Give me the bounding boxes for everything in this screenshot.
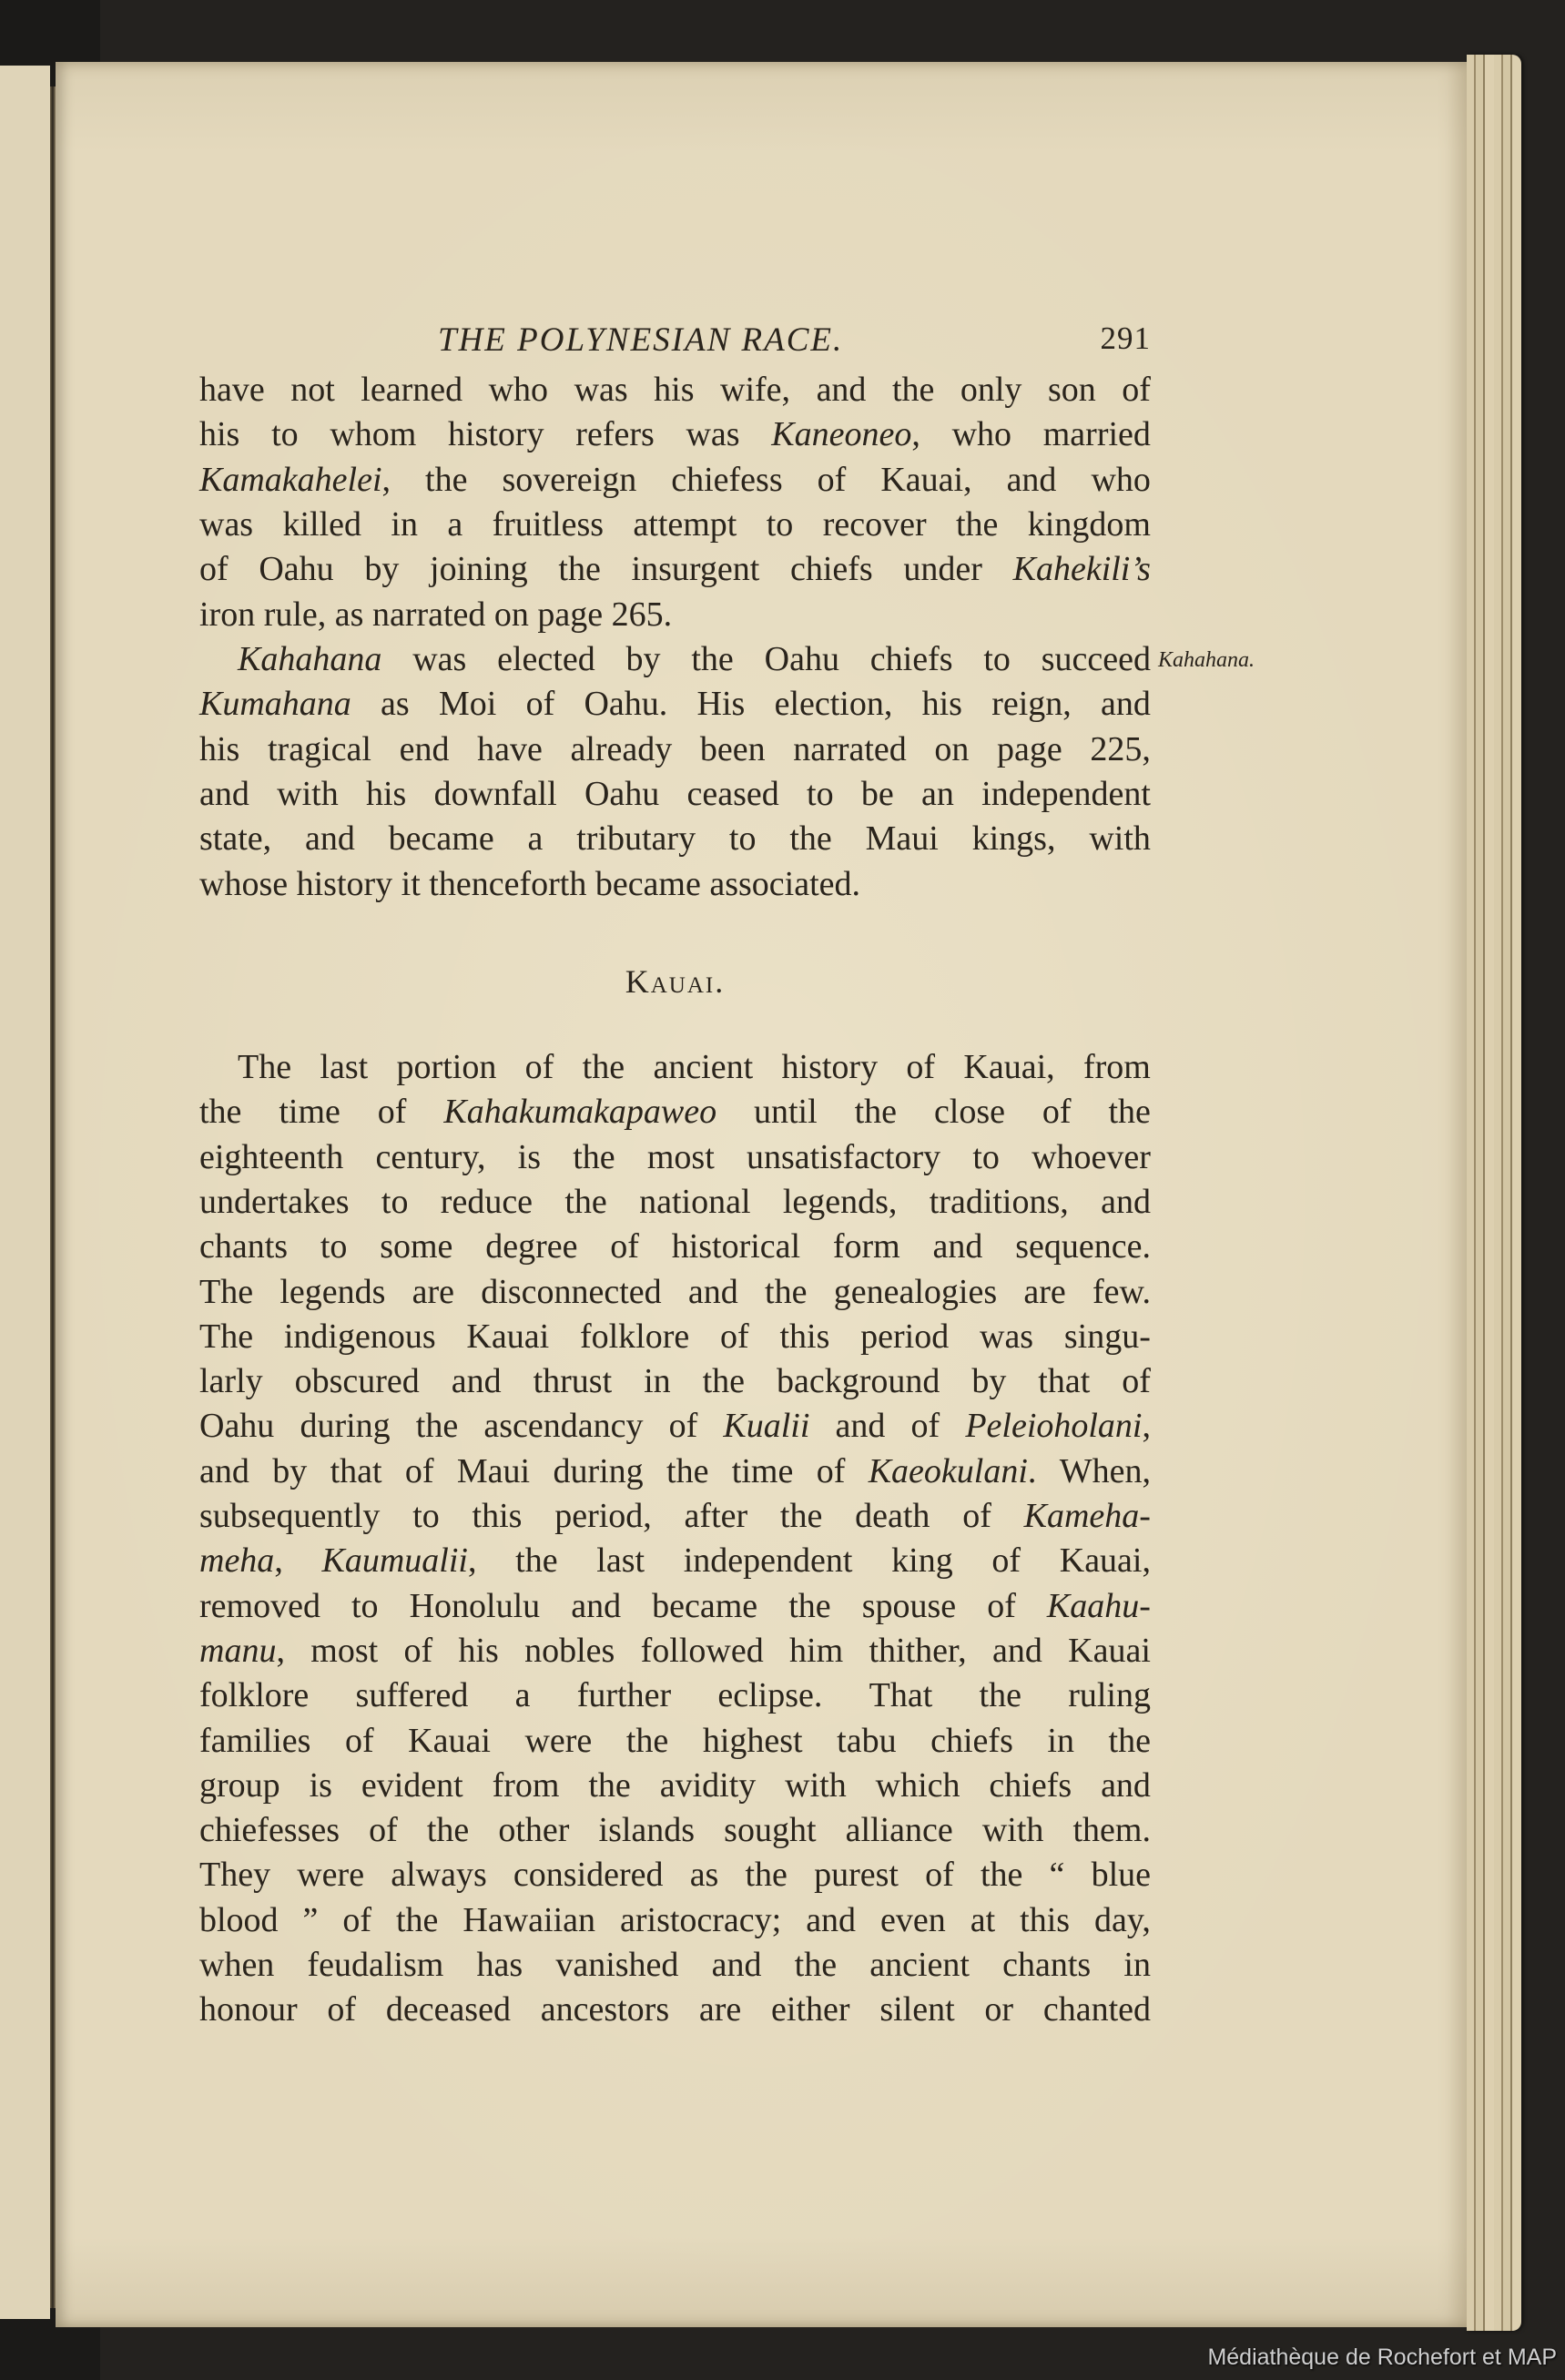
- section-heading: Kauai.: [199, 962, 1151, 1001]
- text-line: Thelegendsaredisconnectedandthegenealogi…: [199, 1270, 1151, 1314]
- text-line: histragicalendhavealreadybeennarratedonp…: [199, 727, 1151, 771]
- text-line: manu,mostofhisnoblesfollowedhimthither,a…: [199, 1629, 1151, 1673]
- page-number: 291: [1101, 320, 1152, 357]
- text-line: OahuduringtheascendancyofKualiiandofPele…: [199, 1404, 1151, 1448]
- text-line: removedtoHonoluluandbecamethespouseofKaa…: [199, 1584, 1151, 1628]
- text-line: chantstosomedegreeofhistoricalformandseq…: [199, 1225, 1151, 1268]
- text-line: chiefessesoftheotherislandssoughtallianc…: [199, 1808, 1151, 1852]
- text-line: ThelastportionoftheancienthistoryofKauai…: [199, 1045, 1151, 1089]
- text-line: andwithhisdownfallOahuceasedtobeanindepe…: [199, 772, 1151, 816]
- text-line: honourofdeceasedancestorsareeithersilent…: [199, 1988, 1151, 2031]
- text-line: state,andbecameatributarytotheMauikings,…: [199, 817, 1151, 860]
- text-line: iron rule, as narrated on page 265.: [199, 593, 1151, 636]
- text-line: whose history it thenceforth became asso…: [199, 862, 1151, 906]
- text-line: subsequentlytothisperiod,afterthedeathof…: [199, 1494, 1151, 1538]
- running-head-title: THE POLYNESIAN RACE.: [438, 320, 843, 360]
- text-line: KumahanaasMoiofOahu.Hiselection,hisreign…: [199, 682, 1151, 726]
- text-line: waskilledinafruitlessattempttorecoverthe…: [199, 503, 1151, 546]
- text-line: andbythatofMauiduringthetimeofKaeokulani…: [199, 1449, 1151, 1493]
- text-line: undertakestoreducethenationallegends,tra…: [199, 1180, 1151, 1224]
- text-line: meha,Kaumualii,thelastindependentkingofK…: [199, 1539, 1151, 1582]
- text-line: havenotlearnedwhowashiswife,andtheonlyso…: [199, 368, 1151, 412]
- text-line: groupisevidentfromtheaviditywithwhichchi…: [199, 1764, 1151, 1807]
- text-line: thetimeofKahakumakapaweountilthecloseoft…: [199, 1090, 1151, 1134]
- text-line: folkloresufferedafurthereclipse.Thatther…: [199, 1673, 1151, 1717]
- text-line: ofOahubyjoiningtheinsurgentchiefsunderKa…: [199, 547, 1151, 591]
- text-line: Theywerealwaysconsideredasthepurestofthe…: [199, 1853, 1151, 1897]
- text-line: TheindigenousKauaifolkloreofthisperiodwa…: [199, 1315, 1151, 1358]
- text-line: KahahanawaselectedbytheOahuchiefstosucce…: [199, 637, 1151, 681]
- text-line: larlyobscuredandthrustinthebackgroundbyt…: [199, 1359, 1151, 1403]
- text-line: familiesofKauaiwerethehighesttabuchiefsi…: [199, 1719, 1151, 1763]
- text-line: histowhomhistoryreferswasKaneoneo,whomar…: [199, 412, 1151, 456]
- text-line: whenfeudalismhasvanishedandtheancientcha…: [199, 1943, 1151, 1987]
- text-line: eighteenthcentury,isthemostunsatisfactor…: [199, 1135, 1151, 1179]
- margin-note: Kahahana.: [1158, 648, 1255, 673]
- running-head: THE POLYNESIAN RACE. 291: [199, 320, 1151, 366]
- page-stack-edges: [1467, 55, 1521, 2331]
- left-page-edge: [0, 66, 50, 2319]
- text-line: blood”oftheHawaiianaristocracy;andevenat…: [199, 1898, 1151, 1942]
- text-line: Kamakahelei,thesovereignchiefessofKauai,…: [199, 458, 1151, 502]
- watermark-credit: Médiathèque de Rochefort et MAP: [1207, 2344, 1557, 2371]
